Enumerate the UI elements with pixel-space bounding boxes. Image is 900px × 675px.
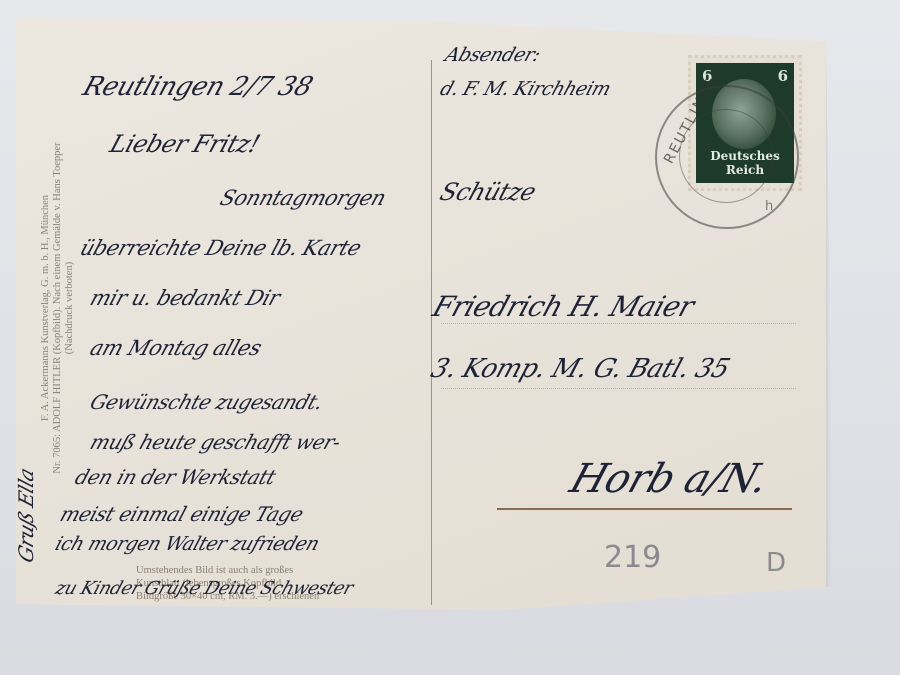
address-name: Friedrich H. Maier xyxy=(429,290,698,323)
postmark: REUTLINGEN h xyxy=(655,85,799,229)
publisher-imprint: F. A. Ackermanns Kunstverlag, G. m. b. H… xyxy=(40,38,76,578)
margin-note: Gruß Ella xyxy=(14,465,38,566)
imprint-line: (Nachdruck verboten) xyxy=(64,38,76,578)
pencil-number: 219 xyxy=(604,540,661,575)
message-line: ich morgen Walter zufrieden xyxy=(52,533,321,555)
city-underline xyxy=(497,508,792,510)
message-line: zu Kinder Grüße Deine Schwester xyxy=(53,578,356,599)
top-note: Absender: xyxy=(442,44,543,66)
message-line: meist einmal einige Tage xyxy=(57,502,306,526)
imprint-line: Nr. 7065: ADOLF HITLER (Kopfbild). Nach … xyxy=(52,38,64,578)
address-rule xyxy=(441,323,796,324)
pencil-letter: D xyxy=(766,548,786,578)
message-line: muß heute geschafft wer- xyxy=(87,430,344,454)
message-line: überreichte Deine lb. Karte xyxy=(77,236,364,260)
top-note: d. F. M. Kirchheim xyxy=(437,78,613,100)
address-city: Horb a/N. xyxy=(565,456,774,502)
message-line: Sonntagmorgen xyxy=(217,186,389,210)
center-divider xyxy=(431,60,432,605)
postmark-letter: h xyxy=(765,199,773,214)
address-rule xyxy=(441,388,796,389)
address-unit: 3. Komp. M. G. Batl. 35 xyxy=(427,354,733,384)
stamp-value: 6 xyxy=(778,67,788,85)
address-prefix: Schütze xyxy=(436,178,539,206)
notice-line: Umstehendes Bild ist auch als großes xyxy=(136,564,426,577)
message-line: den in der Werkstatt xyxy=(72,465,279,489)
imprint-line: F. A. Ackermanns Kunstverlag, G. m. b. H… xyxy=(40,38,52,578)
salutation: Lieber Fritz! xyxy=(106,130,263,158)
message-line: mir u. bedankt Dir xyxy=(87,286,283,310)
place-date: Reutlingen 2/7 38 xyxy=(79,72,316,102)
message-line: am Montag alles xyxy=(87,336,264,360)
message-line: Gewünschte zugesandt. xyxy=(87,390,326,414)
